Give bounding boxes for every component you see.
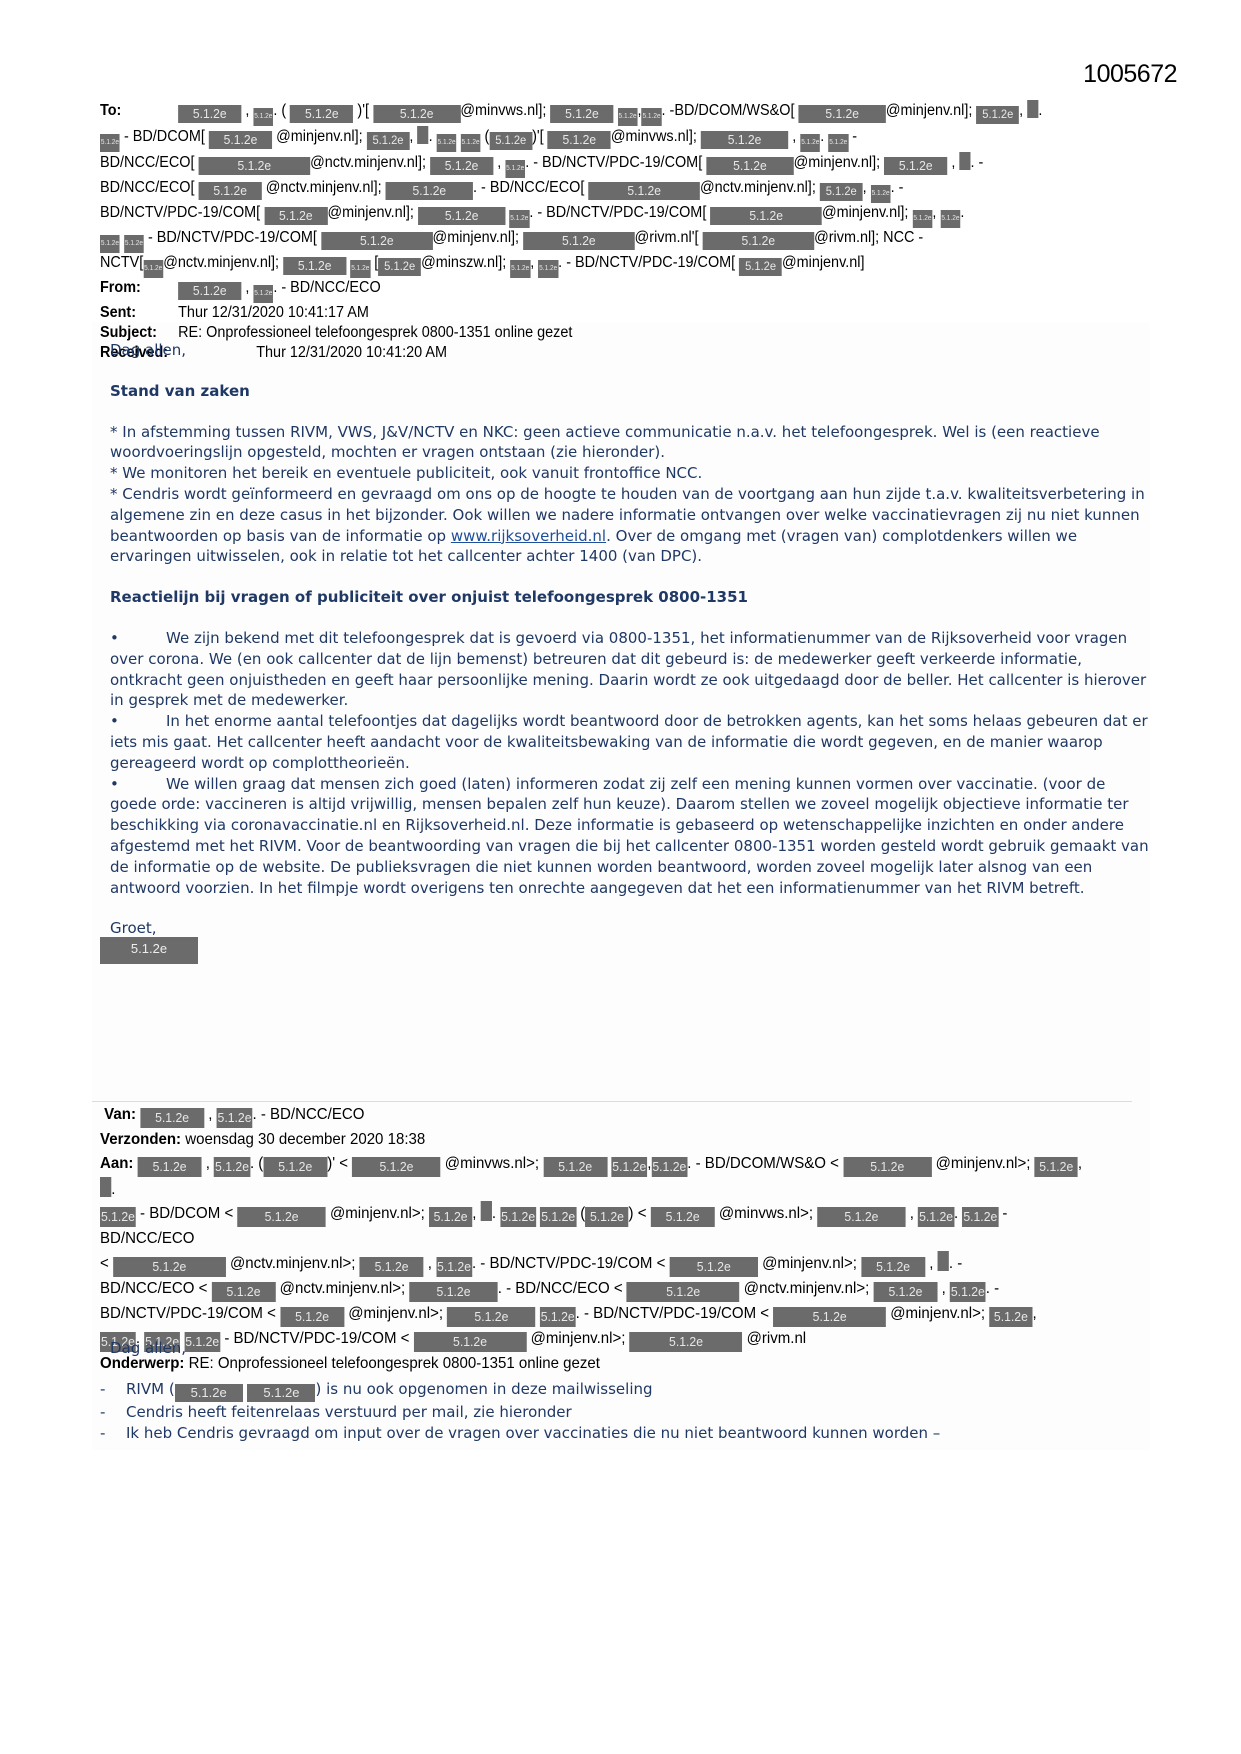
redaction: 5.1.2e <box>642 108 662 126</box>
redaction: 5.1.2e <box>437 134 457 152</box>
redaction <box>417 126 428 144</box>
sent-value: Thur 12/31/2020 10:41:17 AM <box>178 304 369 321</box>
redaction: 5.1.2e <box>798 105 885 123</box>
fwd-to-label: Aan: <box>100 1155 133 1172</box>
redaction: 5.1.2e <box>124 235 144 253</box>
redaction: 5.1.2e <box>386 182 473 200</box>
status-line: * We monitoren het bereik en eventuele p… <box>110 463 1150 484</box>
status-line: * In afstemming tussen RIVM, VWS, J&V/NC… <box>110 422 1150 464</box>
rijksoverheid-link[interactable]: www.rijksoverheid.nl <box>451 527 606 545</box>
redaction: 5.1.2e <box>611 1157 647 1177</box>
bullet-icon: • <box>110 628 166 649</box>
redaction: 5.1.2e <box>461 134 481 152</box>
redaction: 5.1.2e <box>800 134 820 152</box>
redaction: 5.1.2e <box>264 207 327 225</box>
redaction: 5.1.2e <box>510 260 530 278</box>
forwarded-body: Dag allen, -RIVM (5.1.2e 5.1.2e) is nu o… <box>110 1338 1150 1443</box>
redaction: 5.1.2e <box>418 207 505 225</box>
fwd-sent-label: Verzonden: <box>100 1131 181 1148</box>
redaction <box>100 1177 111 1197</box>
redaction <box>481 1201 492 1221</box>
redaction: 5.1.2e <box>540 1307 576 1327</box>
fwd-greeting: Dag allen, <box>110 1338 1150 1359</box>
to-field: To:5.1.2e , 5.1.2e. ( 5.1.2e )'[ 5.1.2e@… <box>100 100 1077 278</box>
redaction: 5.1.2e <box>817 1207 905 1227</box>
redaction: 5.1.2e <box>505 160 525 178</box>
redaction: 5.1.2e <box>212 1282 276 1302</box>
redaction: 5.1.2e <box>378 258 421 276</box>
redaction: 5.1.2e <box>237 1207 325 1227</box>
to-label: To: <box>100 101 178 121</box>
redaction <box>938 1251 949 1271</box>
redaction: 5.1.2e <box>143 260 163 278</box>
redaction: 5.1.2e <box>651 1207 715 1227</box>
redaction: 5.1.2e <box>912 210 932 228</box>
fwd-list-item: -Cendris heeft feitenrelaas verstuurd pe… <box>100 1402 1150 1423</box>
redaction: 5.1.2e <box>701 131 788 149</box>
forwarded-header: Van: 5.1.2e , 5.1.2e. - BD/NCC/ECO Verzo… <box>100 1103 1087 1375</box>
redaction <box>1027 100 1038 118</box>
redaction: 5.1.2e <box>618 108 638 126</box>
redaction: 5.1.2e <box>138 1157 202 1177</box>
redaction: 5.1.2e <box>739 258 782 276</box>
message-separator <box>92 1101 1132 1102</box>
redaction: 5.1.2e <box>430 157 493 175</box>
redaction: 5.1.2e <box>820 183 863 201</box>
redaction: 5.1.2e <box>409 1282 497 1302</box>
email-header: To:5.1.2e , 5.1.2e. ( 5.1.2e )'[ 5.1.2e@… <box>100 100 1077 364</box>
redaction: 5.1.2e <box>773 1307 886 1327</box>
bullet-item: •We willen graag dat mensen zich goed (l… <box>110 774 1150 899</box>
redaction: 5.1.2e <box>670 1257 758 1277</box>
sent-label: Sent: <box>100 303 178 323</box>
redaction: 5.1.2e <box>367 132 410 150</box>
redaction: 5.1.2e <box>447 1307 535 1327</box>
redaction: 5.1.2e <box>702 232 814 250</box>
heading-status: Stand van zaken <box>110 381 1150 402</box>
bullet-icon: • <box>110 774 166 795</box>
from-field: From:5.1.2e , 5.1.2e. - BD/NCC/ECO <box>100 278 1077 303</box>
status-line: * Cendris wordt geïnformeerd en gevraagd… <box>110 484 1150 567</box>
fwd-sent-value: woensdag 30 december 2020 18:38 <box>185 1131 425 1148</box>
redaction <box>959 152 970 170</box>
signoff: Groet, <box>110 918 1150 939</box>
redaction: 5.1.2e <box>489 132 532 150</box>
redaction: 5.1.2e <box>253 108 273 126</box>
redaction: 5.1.2e <box>500 1207 536 1227</box>
redaction: 5.1.2e <box>843 1157 931 1177</box>
redaction: 5.1.2e <box>350 260 370 278</box>
redaction: 5.1.2e <box>940 210 960 228</box>
bullet-list: •We zijn bekend met dit telefoongesprek … <box>110 628 1150 898</box>
redaction: 5.1.2e <box>436 1257 472 1277</box>
redaction: 5.1.2e <box>214 1157 250 1177</box>
redaction: 5.1.2e <box>710 207 822 225</box>
redaction: 5.1.2e <box>548 131 611 149</box>
redaction: 5.1.2e <box>178 105 241 123</box>
redaction: 5.1.2e <box>550 105 613 123</box>
redaction: 5.1.2e <box>861 1257 925 1277</box>
redaction: 5.1.2e <box>290 105 353 123</box>
redaction: 5.1.2e <box>540 1207 576 1227</box>
redaction: 5.1.2e <box>706 157 793 175</box>
redaction: 5.1.2e <box>100 134 120 152</box>
redaction: 5.1.2e <box>884 157 947 175</box>
redaction: 5.1.2e <box>543 1157 607 1177</box>
redaction: 5.1.2e <box>217 1108 253 1128</box>
fwd-sent-field: Verzonden: woensdag 30 december 2020 18:… <box>100 1128 1087 1152</box>
redaction: 5.1.2e <box>352 1157 440 1177</box>
heading-reactielijn: Reactielijn bij vragen of publiciteit ov… <box>110 587 1150 608</box>
fwd-to-field: Aan: 5.1.2e , 5.1.2e. (5.1.2e)' < 5.1.2e… <box>100 1152 1087 1352</box>
document-number: 1005672 <box>1083 60 1177 89</box>
subject-value: RE: Onprofessioneel telefoongesprek 0800… <box>178 324 572 341</box>
fwd-list-item: -RIVM (5.1.2e 5.1.2e) is nu ook opgenome… <box>100 1379 1150 1402</box>
redaction: 5.1.2e <box>100 235 120 253</box>
bullet-item: •We zijn bekend met dit telefoongesprek … <box>110 628 1150 711</box>
redaction: 5.1.2e <box>360 1257 424 1277</box>
message-body: Dag allen, Stand van zaken * In afstemmi… <box>110 340 1150 964</box>
redaction: 5.1.2e <box>588 182 700 200</box>
redaction: 5.1.2e <box>429 1207 472 1227</box>
greeting: Dag allen, <box>110 340 1150 361</box>
redaction: 5.1.2e <box>651 1157 687 1177</box>
signature-redaction: 5.1.2e <box>100 937 198 964</box>
redaction: 5.1.2e <box>627 1282 740 1302</box>
sent-field: Sent:Thur 12/31/2020 10:41:17 AM <box>100 303 1077 323</box>
fwd-list-item: -Ik heb Cendris gevraagd om input over d… <box>100 1423 1150 1444</box>
redaction: 5.1.2e <box>523 232 635 250</box>
redaction: 5.1.2e <box>178 282 241 300</box>
redaction: 5.1.2e <box>962 1207 998 1227</box>
redaction: 5.1.2e <box>209 131 272 149</box>
redaction: 5.1.2e <box>175 1384 243 1402</box>
redaction: 5.1.2e <box>976 106 1019 124</box>
redaction: 5.1.2e <box>989 1307 1032 1327</box>
redaction: 5.1.2e <box>253 285 273 303</box>
redaction: 5.1.2e <box>509 210 529 228</box>
redaction: 5.1.2e <box>199 182 262 200</box>
redaction: 5.1.2e <box>538 260 558 278</box>
fwd-list: -RIVM (5.1.2e 5.1.2e) is nu ook opgenome… <box>100 1379 1150 1444</box>
fwd-from-label: Van: <box>104 1106 136 1123</box>
from-label: From: <box>100 278 178 298</box>
redaction: 5.1.2e <box>321 232 433 250</box>
redaction: 5.1.2e <box>280 1307 344 1327</box>
redaction: 5.1.2e <box>140 1108 204 1128</box>
redaction: 5.1.2e <box>247 1384 315 1402</box>
redaction: 5.1.2e <box>199 157 311 175</box>
fwd-from-field: Van: 5.1.2e , 5.1.2e. - BD/NCC/ECO <box>100 1103 1087 1128</box>
redaction: 5.1.2e <box>828 134 848 152</box>
redaction: 5.1.2e <box>873 1282 937 1302</box>
bullet-icon: • <box>110 711 166 732</box>
redaction: 5.1.2e <box>918 1207 954 1227</box>
redaction: 5.1.2e <box>263 1157 327 1177</box>
redaction: 5.1.2e <box>100 1207 136 1227</box>
redaction: 5.1.2e <box>1035 1157 1078 1177</box>
redaction: 5.1.2e <box>950 1282 986 1302</box>
bullet-item: •In het enorme aantal telefoontjes dat d… <box>110 711 1150 773</box>
redaction: 5.1.2e <box>283 257 346 275</box>
redaction: 5.1.2e <box>871 185 891 203</box>
redaction: 5.1.2e <box>373 105 460 123</box>
redaction: 5.1.2e <box>113 1257 226 1277</box>
status-list: * In afstemming tussen RIVM, VWS, J&V/NC… <box>110 422 1150 568</box>
redaction: 5.1.2e <box>585 1207 628 1227</box>
